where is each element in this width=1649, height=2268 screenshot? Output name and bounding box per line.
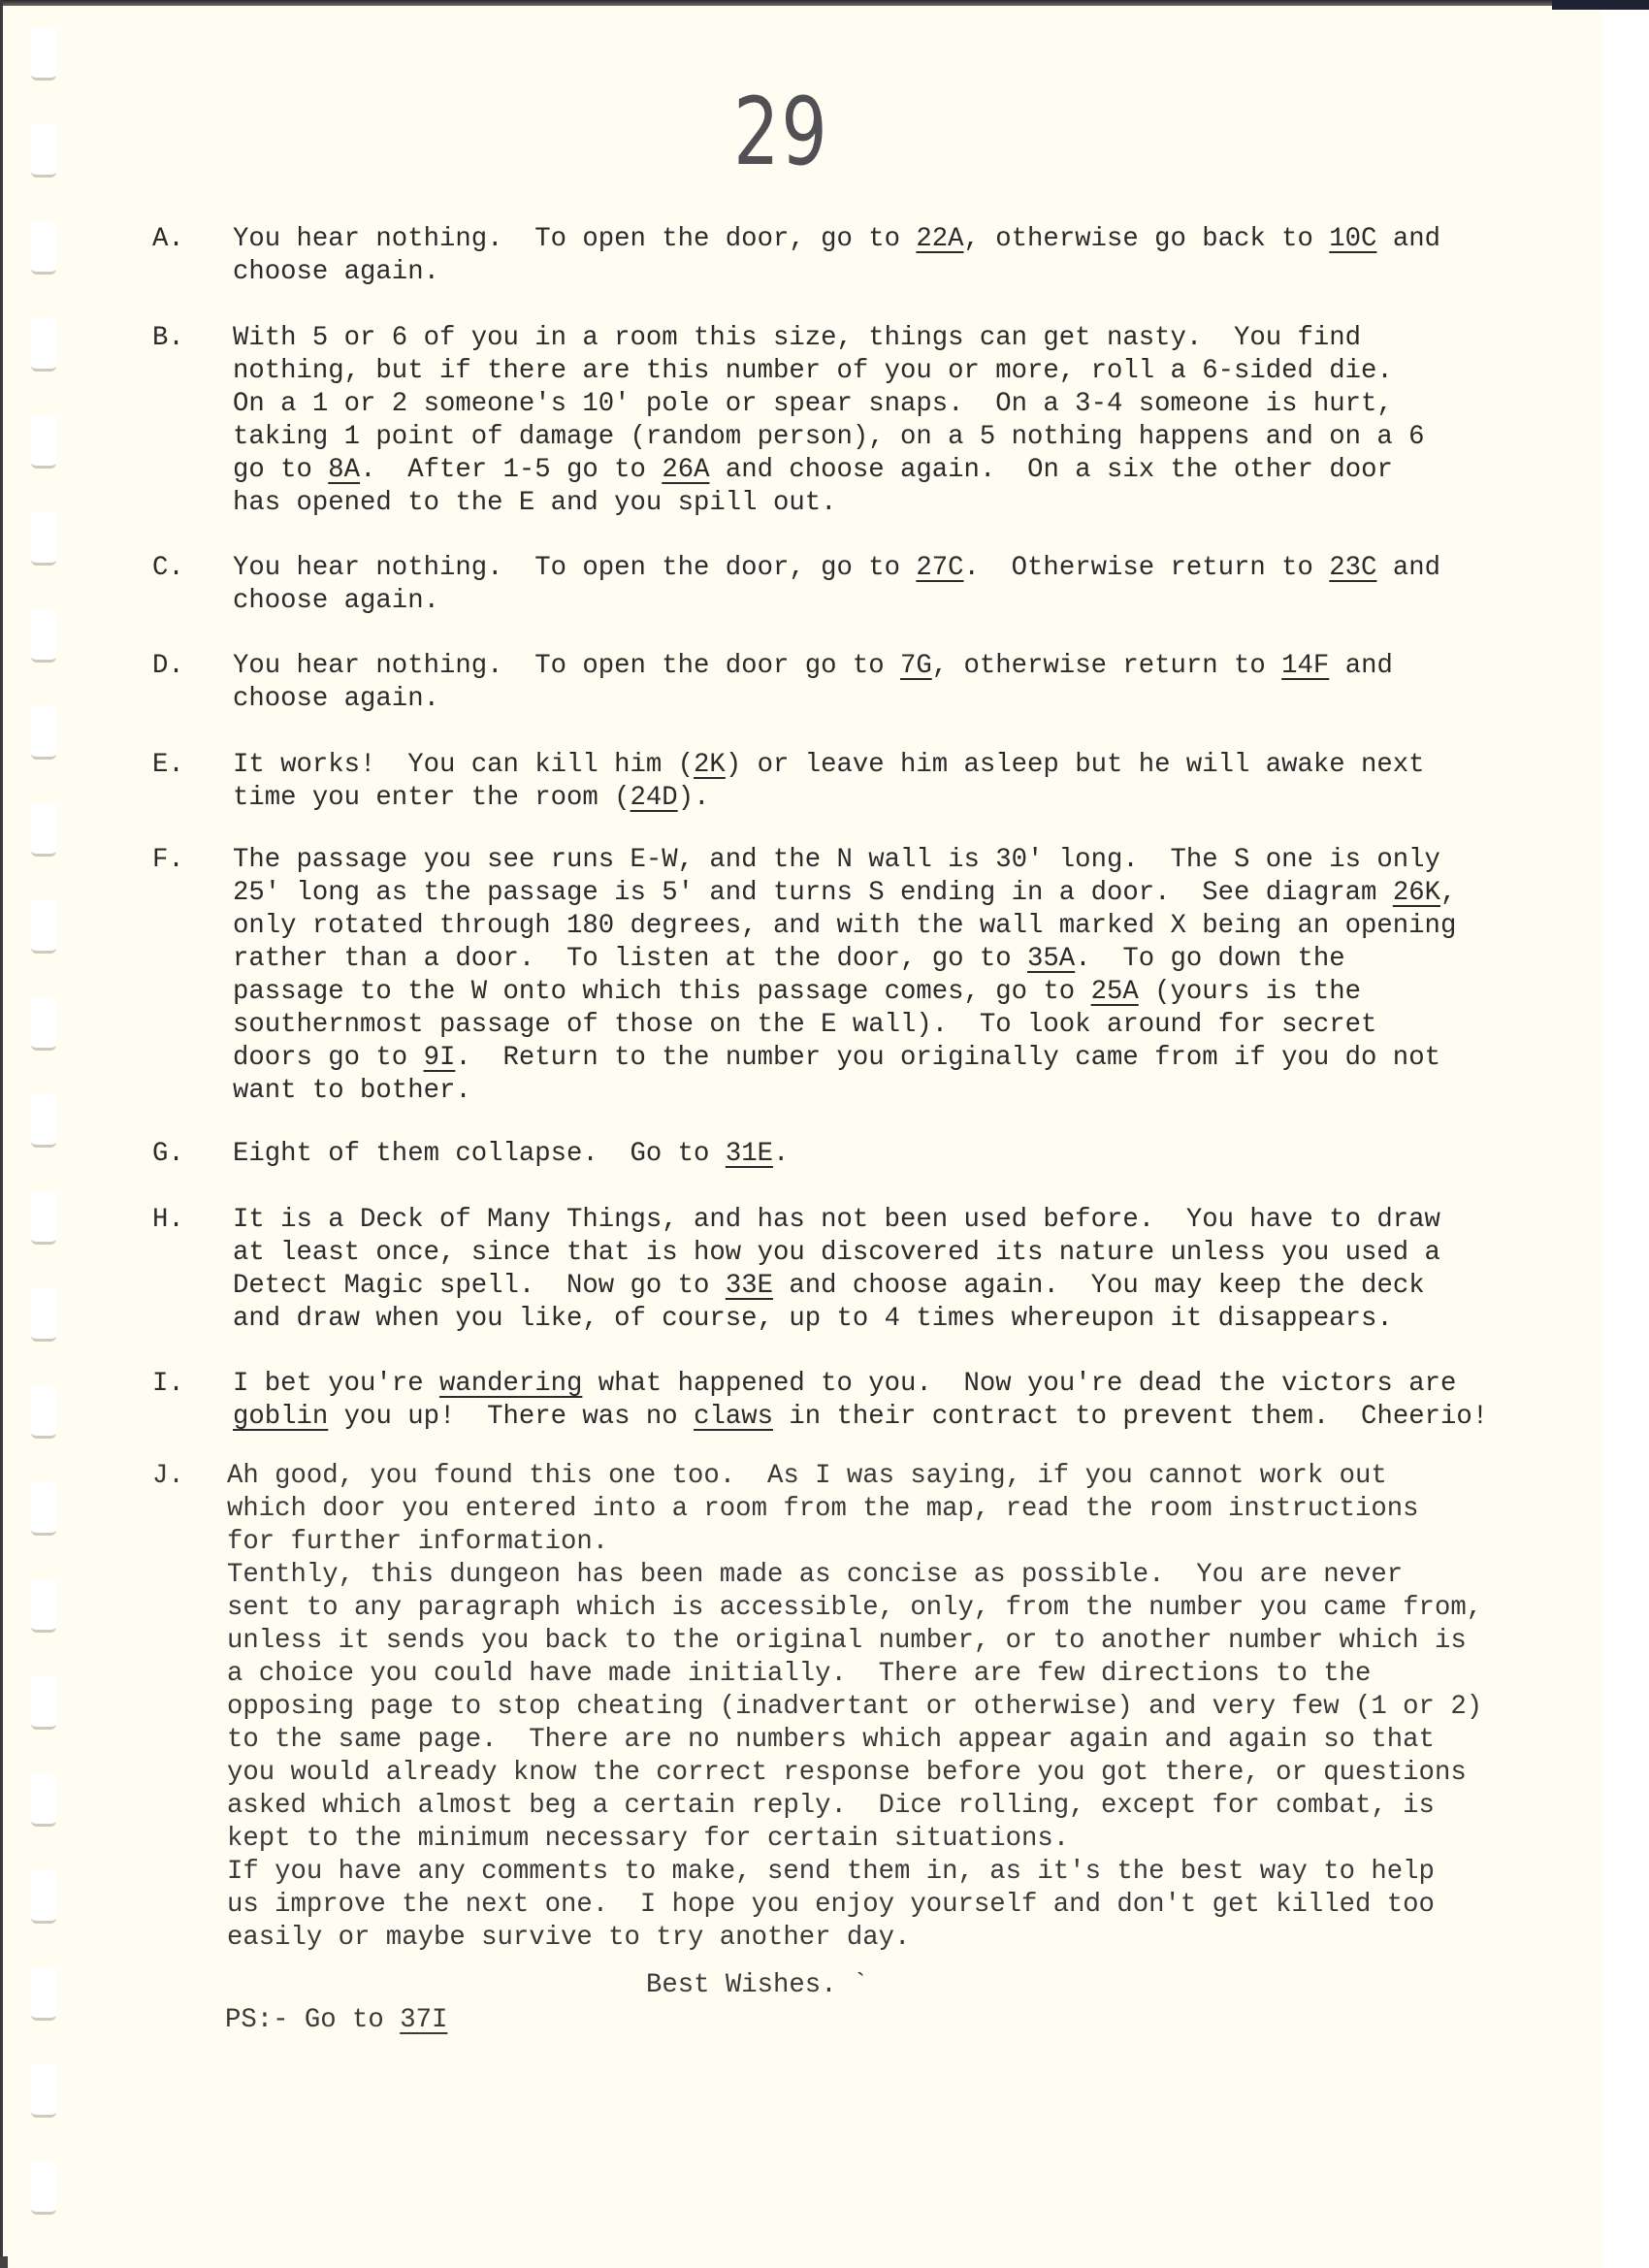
text-segment: at least once, since that is how you dis…	[233, 1238, 1440, 1268]
text-segment: a choice you could have made initially. …	[227, 1659, 1371, 1689]
text-line: Ah good, you found this one too. As I wa…	[227, 1460, 1482, 1493]
text-line: PS:- Go to 37I	[225, 2004, 447, 2037]
binding-hole	[31, 318, 56, 372]
text-line: I bet you're wandering what happened to …	[233, 1368, 1488, 1401]
text-segment: , otherwise return to	[932, 651, 1281, 681]
text-segment: You hear nothing. To open the door, go t…	[233, 553, 916, 583]
text-line: The passage you see runs E-W, and the N …	[233, 844, 1456, 877]
text-line: only rotated through 180 degrees, and wi…	[233, 910, 1456, 943]
text-segment: You hear nothing. To open the door go to	[233, 651, 900, 681]
binding-hole	[31, 1482, 56, 1536]
text-segment: you would already know the correct respo…	[227, 1758, 1467, 1788]
text-segment: to the same page. There are no numbers w…	[227, 1725, 1435, 1755]
paragraph-reference: 27C	[916, 553, 963, 583]
paragraph-reference: 8A	[328, 455, 360, 485]
paragraph-reference: 33E	[726, 1271, 773, 1301]
text-segment: I bet you're	[233, 1369, 439, 1399]
text-segment: ,	[1440, 878, 1456, 908]
text-segment: The passage you see runs E-W, and the N …	[233, 845, 1440, 875]
text-line: On a 1 or 2 someone's 10' pole or spear …	[233, 388, 1425, 421]
text-segment: kept to the minimum necessary for certai…	[227, 1824, 1069, 1854]
text-line: You hear nothing. To open the door go to…	[233, 650, 1393, 683]
paragraph-body: It works! You can kill him (2K) or leave…	[233, 749, 1425, 815]
binding-hole	[31, 1773, 56, 1827]
binding-hole	[31, 2161, 56, 2215]
paragraph-label: I.	[152, 1368, 184, 1401]
binding-hole	[31, 124, 56, 178]
paragraph-reference: 35A	[1027, 944, 1075, 974]
text-line: It works! You can kill him (2K) or leave…	[233, 749, 1425, 782]
paragraph-label: B.	[152, 322, 184, 355]
text-segment: sent to any paragraph which is accessibl…	[227, 1593, 1482, 1623]
paragraph-label: E.	[152, 749, 184, 782]
text-segment: It works! You can kill him (	[233, 750, 694, 780]
text-segment: . Otherwise return to	[964, 553, 1330, 583]
closing-signoff: Best Wishes. `	[646, 1969, 868, 2002]
binding-hole	[31, 1579, 56, 1633]
text-segment: go to	[233, 455, 328, 485]
text-line: Tenthly, this dungeon has been made as c…	[227, 1559, 1482, 1592]
paragraph-body: The passage you see runs E-W, and the N …	[233, 844, 1456, 1108]
text-line: for further information.	[227, 1526, 1482, 1559]
paragraph-label: F.	[152, 844, 184, 877]
paragraph-label: D.	[152, 650, 184, 683]
text-segment: PS:- Go to	[225, 2005, 400, 2035]
text-segment: Ah good, you found this one too. As I wa…	[227, 1461, 1387, 1491]
text-segment: passage to the W onto which this passage…	[233, 977, 1091, 1007]
text-segment: easily or maybe survive to try another d…	[227, 1923, 910, 1953]
postscript: PS:- Go to 37I	[225, 2004, 447, 2037]
text-line: you would already know the correct respo…	[227, 1757, 1482, 1790]
text-line: taking 1 point of damage (random person)…	[233, 421, 1425, 454]
text-segment: 25' long as the passage is 5' and turns …	[233, 878, 1393, 908]
text-line: Eight of them collapse. Go to 31E.	[233, 1138, 789, 1171]
paragraph-label: A.	[152, 223, 184, 256]
paragraph-reference: wandering	[439, 1369, 582, 1399]
text-segment: choose again.	[233, 586, 439, 616]
text-line: and draw when you like, of course, up to…	[233, 1303, 1440, 1336]
text-line: Detect Magic spell. Now go to 33E and ch…	[233, 1270, 1440, 1303]
text-line: at least once, since that is how you dis…	[233, 1237, 1440, 1270]
paragraph-reference: 26A	[662, 455, 709, 485]
text-line: sent to any paragraph which is accessibl…	[227, 1592, 1482, 1625]
text-segment: doors go to	[233, 1043, 424, 1073]
paragraph-reference: claws	[694, 1402, 773, 1432]
text-segment: ) or leave him asleep but he will awake …	[726, 750, 1425, 780]
paragraph-label: J.	[152, 1460, 184, 1493]
paragraph-reference: 2K	[694, 750, 726, 780]
binding-hole	[31, 706, 56, 760]
text-line: 25' long as the passage is 5' and turns …	[233, 877, 1456, 910]
text-segment: If you have any comments to make, send t…	[227, 1857, 1435, 1887]
text-segment: Tenthly, this dungeon has been made as c…	[227, 1560, 1403, 1590]
paragraph-reference: 22A	[916, 224, 963, 254]
text-segment: and	[1376, 224, 1440, 254]
text-segment: . After 1-5 go to	[360, 455, 662, 485]
text-line: to the same page. There are no numbers w…	[227, 1724, 1482, 1757]
text-segment: Eight of them collapse. Go to	[233, 1139, 726, 1169]
paragraph-reference: 24D	[630, 783, 678, 813]
text-segment: With 5 or 6 of you in a room this size, …	[233, 323, 1361, 353]
paragraph-reference: 9I	[424, 1043, 456, 1073]
text-segment: choose again.	[233, 684, 439, 714]
text-segment: and choose again. On a six the other doo…	[709, 455, 1392, 485]
scan-top-edge	[0, 0, 1649, 6]
binding-hole	[31, 1191, 56, 1245]
text-line: go to 8A. After 1-5 go to 26A and choose…	[233, 454, 1425, 487]
text-line: It is a Deck of Many Things, and has not…	[233, 1204, 1440, 1237]
paragraph-reference: 23C	[1329, 553, 1376, 583]
scan-left-edge	[0, 0, 3, 2268]
text-segment: time you enter the room (	[233, 783, 630, 813]
page-number: 29	[733, 85, 828, 178]
text-line: choose again.	[233, 585, 1440, 618]
paragraph-reference: 7G	[900, 651, 932, 681]
paragraph-reference: 25A	[1091, 977, 1139, 1007]
binding-hole	[31, 2064, 56, 2118]
text-segment: . To go down the	[1075, 944, 1344, 974]
text-segment: unless it sends you back to the original…	[227, 1626, 1467, 1656]
text-line: kept to the minimum necessary for certai…	[227, 1823, 1482, 1856]
text-line: unless it sends you back to the original…	[227, 1625, 1482, 1658]
text-segment: want to bother.	[233, 1076, 471, 1106]
text-segment: , otherwise go back to	[964, 224, 1330, 254]
text-segment: Detect Magic spell. Now go to	[233, 1271, 726, 1301]
text-segment: taking 1 point of damage (random person)…	[233, 422, 1425, 452]
text-line: time you enter the room (24D).	[233, 782, 1425, 815]
text-segment: nothing, but if there are this number of…	[233, 356, 1393, 386]
text-line: doors go to 9I. Return to the number you…	[233, 1042, 1456, 1075]
binding-hole	[31, 1385, 56, 1439]
text-line: With 5 or 6 of you in a room this size, …	[233, 322, 1425, 355]
text-line: You hear nothing. To open the door, go t…	[233, 552, 1440, 585]
paragraph-body: Ah good, you found this one too. As I wa…	[227, 1460, 1482, 1955]
text-line: choose again.	[233, 683, 1393, 716]
text-segment: On a 1 or 2 someone's 10' pole or spear …	[233, 389, 1393, 419]
paragraph-label: C.	[152, 552, 184, 585]
text-line: nothing, but if there are this number of…	[233, 355, 1425, 388]
text-segment: You hear nothing. To open the door, go t…	[233, 224, 916, 254]
text-segment: rather than a door. To listen at the doo…	[233, 944, 1027, 974]
text-line: a choice you could have made initially. …	[227, 1658, 1482, 1691]
binding-hole	[31, 1288, 56, 1342]
text-segment: and draw when you like, of course, up to…	[233, 1304, 1393, 1334]
paragraph-body: It is a Deck of Many Things, and has not…	[233, 1204, 1440, 1336]
text-line: You hear nothing. To open the door, go t…	[233, 223, 1440, 256]
paragraph-body: You hear nothing. To open the door, go t…	[233, 223, 1440, 289]
text-line: asked which almost beg a certain reply. …	[227, 1790, 1482, 1823]
text-line: easily or maybe survive to try another d…	[227, 1922, 1482, 1955]
paragraph-reference: 26K	[1393, 878, 1440, 908]
binding-hole	[31, 415, 56, 469]
paragraph-body: Eight of them collapse. Go to 31E.	[233, 1138, 789, 1171]
text-segment: choose again.	[233, 257, 439, 287]
text-segment: us improve the next one. I hope you enjo…	[227, 1890, 1435, 1920]
text-line: passage to the W onto which this passage…	[233, 976, 1456, 1009]
paragraph-body: You hear nothing. To open the door go to…	[233, 650, 1393, 716]
binding-hole	[31, 1094, 56, 1148]
text-segment: ).	[678, 783, 710, 813]
binding-hole	[31, 1967, 56, 2021]
paragraph-reference: goblin	[233, 1402, 328, 1432]
paragraph-reference: 10C	[1329, 224, 1376, 254]
scan-corner-mark	[0, 2256, 8, 2268]
text-segment: you up! There was no	[328, 1402, 694, 1432]
binding-hole	[31, 1676, 56, 1730]
paragraph-reference: 31E	[726, 1139, 773, 1169]
text-segment: in their contract to prevent them. Cheer…	[773, 1402, 1488, 1432]
text-line: want to bother.	[233, 1075, 1456, 1108]
text-line: southernmost passage of those on the E w…	[233, 1009, 1456, 1042]
paragraph-reference: 14F	[1281, 651, 1329, 681]
paragraph-reference: 37I	[400, 2005, 447, 2035]
binding-hole	[31, 27, 56, 81]
binding-hole	[31, 1870, 56, 1924]
paragraph-label: H.	[152, 1204, 184, 1237]
text-segment: opposing page to stop cheating (inadvert…	[227, 1692, 1482, 1722]
paragraph-body: With 5 or 6 of you in a room this size, …	[233, 322, 1425, 520]
text-segment: has opened to the E and you spill out.	[233, 488, 836, 518]
binding-hole	[31, 803, 56, 857]
binding-hole	[31, 609, 56, 663]
scan-top-edge-dark	[1552, 0, 1649, 10]
text-segment: for further information.	[227, 1527, 608, 1557]
text-line: goblin you up! There was no claws in the…	[233, 1401, 1488, 1434]
text-segment: only rotated through 180 degrees, and wi…	[233, 911, 1456, 941]
paragraph-body: I bet you're wandering what happened to …	[233, 1368, 1488, 1434]
paragraph-body: You hear nothing. To open the door, go t…	[233, 552, 1440, 618]
text-segment: (yours is the	[1139, 977, 1361, 1007]
text-segment: and	[1376, 553, 1440, 583]
text-line: choose again.	[233, 256, 1440, 289]
text-segment: . Return to the number you originally ca…	[455, 1043, 1440, 1073]
binding-hole	[31, 512, 56, 566]
paragraph-label: G.	[152, 1138, 184, 1171]
binding-hole	[31, 997, 56, 1051]
text-segment: It is a Deck of Many Things, and has not…	[233, 1205, 1440, 1235]
text-segment: .	[773, 1139, 789, 1169]
text-line: If you have any comments to make, send t…	[227, 1856, 1482, 1889]
text-line: rather than a door. To listen at the doo…	[233, 943, 1456, 976]
binding-hole	[31, 900, 56, 954]
text-segment: southernmost passage of those on the E w…	[233, 1010, 1376, 1040]
text-line: has opened to the E and you spill out.	[233, 487, 1425, 520]
text-line: opposing page to stop cheating (inadvert…	[227, 1691, 1482, 1724]
text-segment: which door you entered into a room from …	[227, 1494, 1419, 1524]
text-line: us improve the next one. I hope you enjo…	[227, 1889, 1482, 1922]
binding-hole	[31, 221, 56, 275]
text-segment: what happened to you. Now you're dead th…	[582, 1369, 1456, 1399]
text-line: which door you entered into a room from …	[227, 1493, 1482, 1526]
text-segment: asked which almost beg a certain reply. …	[227, 1791, 1435, 1821]
text-segment: and choose again. You may keep the deck	[773, 1271, 1425, 1301]
text-segment: and	[1329, 651, 1393, 681]
